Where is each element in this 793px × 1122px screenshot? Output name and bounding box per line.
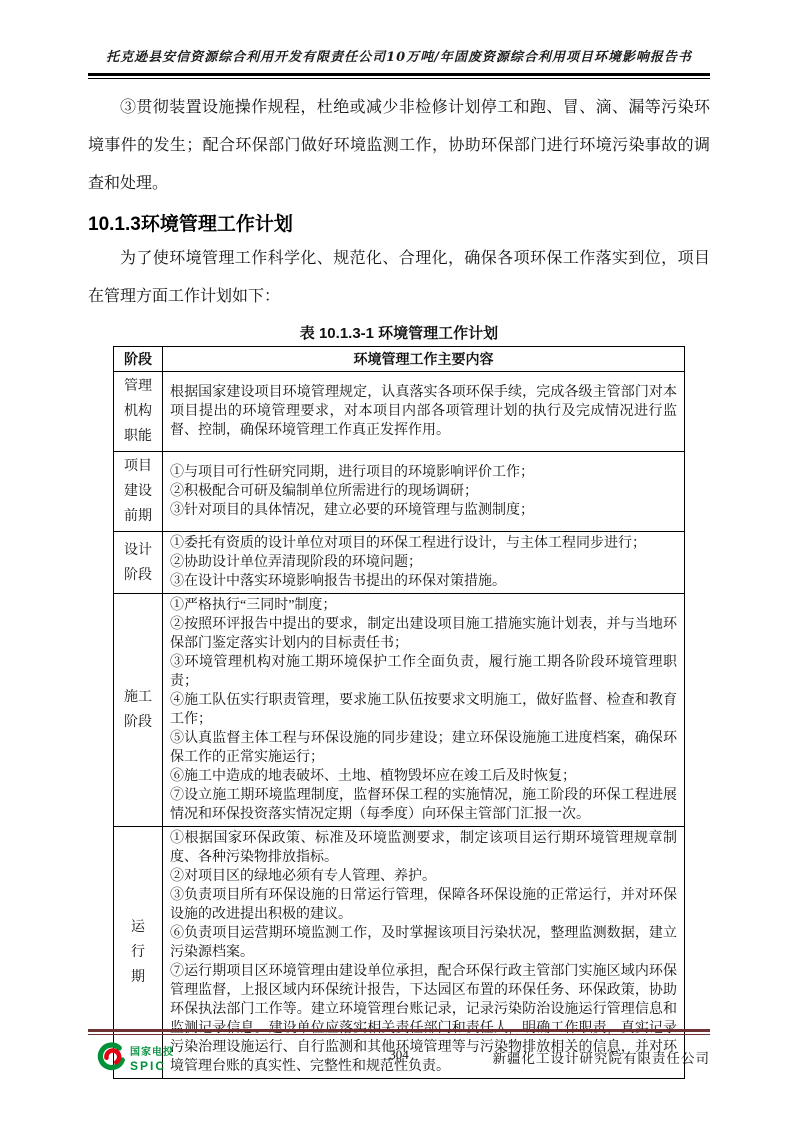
stage-label: 管理 机构 职能 xyxy=(114,372,163,452)
stage-content: ①委托有资质的设计单位对项目的环保工程进行设计，与主体工程同步进行； ②协助设计… xyxy=(163,532,685,594)
section-heading: 10.1.3环境管理工作计划 xyxy=(88,209,710,236)
footer-row: 国家电投 SPIC 304 新疆化工设计研究院有限责任公司 xyxy=(88,1035,710,1079)
table-row: 管理 机构 职能 根据国家建设项目环境管理规定，认真落实各项环保手续，完成各级主… xyxy=(114,372,685,452)
stage-content: ①与项目可行性研究同期，进行项目的环境影响评价工作； ②积极配合可研及编制单位所… xyxy=(163,452,685,532)
column-header-content: 环境管理工作主要内容 xyxy=(163,347,685,372)
page-content: 托克逊县安信资源综合利用开发有限责任公司10万吨/年固废资源综合利用项目环境影响… xyxy=(88,0,710,1079)
stage-label: 项目 建设 前期 xyxy=(114,452,163,532)
column-header-stage: 阶段 xyxy=(114,347,163,372)
running-header-title: 托克逊县安信资源综合利用开发有限责任公司10万吨/年固废资源综合利用项目环境影响… xyxy=(88,46,710,65)
stage-content: ①严格执行“三同时”制度； ②按照环评报告中提出的要求，制定出建设项目施工措施实… xyxy=(163,594,685,827)
header-rule xyxy=(88,73,710,79)
table-row: 施工 阶段 ①严格执行“三同时”制度； ②按照环评报告中提出的要求，制定出建设项… xyxy=(114,594,685,827)
body-paragraph-1: ③贯彻装置设施操作规程，杜绝或减少非检修计划停工和跑、冒、滴、漏等污染环境事件的… xyxy=(88,89,710,203)
table-caption: 表 10.1.3-1 环境管理工作计划 xyxy=(88,322,710,343)
body-paragraph-2: 为了使环境管理工作科学化、规范化、合理化，确保各项环保工作落实到位，项目在管理方… xyxy=(88,240,710,316)
table-header-row: 阶段 环境管理工作主要内容 xyxy=(114,347,685,372)
stage-content: 根据国家建设项目环境管理规定，认真落实各项环保手续，完成各级主管部门对本项目提出… xyxy=(163,372,685,452)
footer-company-name: 新疆化工设计研究院有限责任公司 xyxy=(493,1047,711,1067)
stage-label: 设计 阶段 xyxy=(114,532,163,594)
stage-label: 施工 阶段 xyxy=(114,594,163,827)
document-page: 托克逊县安信资源综合利用开发有限责任公司10万吨/年固废资源综合利用项目环境影响… xyxy=(0,0,793,1122)
table-row: 项目 建设 前期 ①与项目可行性研究同期，进行项目的环境影响评价工作； ②积极配… xyxy=(114,452,685,532)
page-footer: 国家电投 SPIC 304 新疆化工设计研究院有限责任公司 xyxy=(88,1029,710,1079)
management-plan-table: 阶段 环境管理工作主要内容 管理 机构 职能 根据国家建设项目环境管理规定，认真… xyxy=(113,346,685,1079)
table-row: 设计 阶段 ①委托有资质的设计单位对项目的环保工程进行设计，与主体工程同步进行；… xyxy=(114,532,685,594)
